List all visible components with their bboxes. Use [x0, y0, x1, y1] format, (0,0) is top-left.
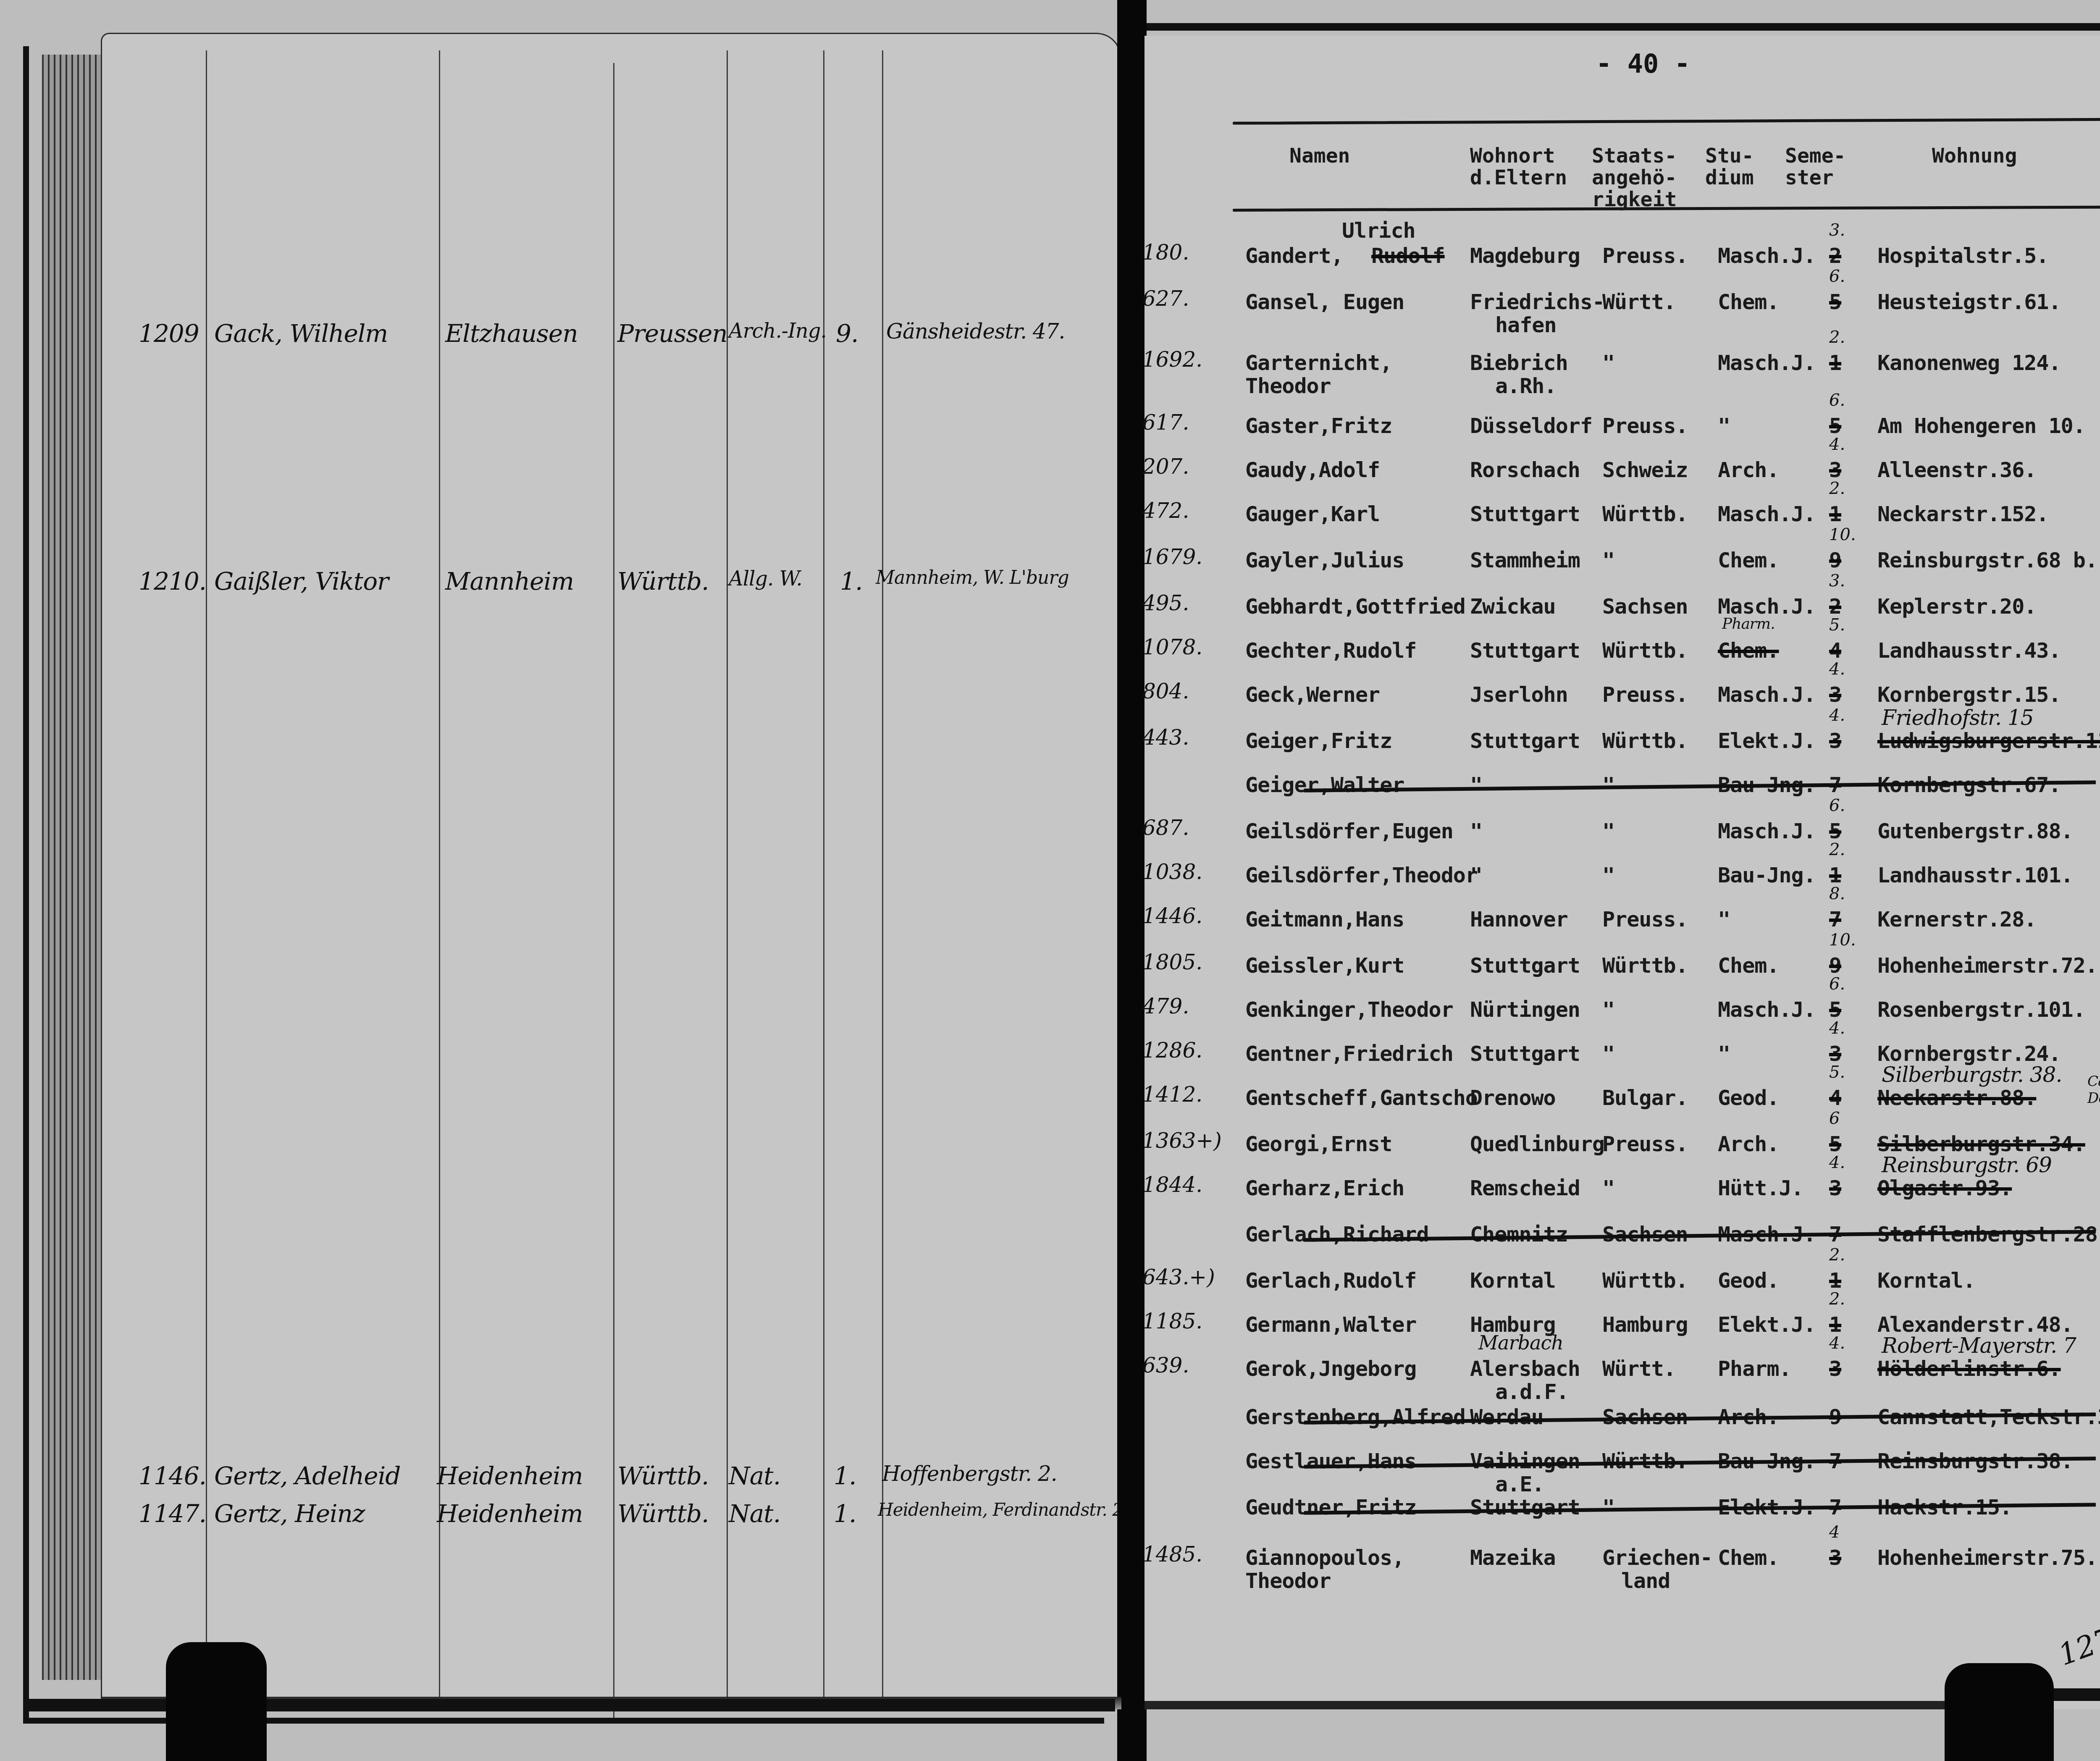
semester-new: 6 — [1829, 1109, 1840, 1128]
entry-studium: Bau-Jng. — [1718, 863, 1816, 887]
entry-wohnort: Stuttgart — [1470, 502, 1580, 526]
entry-number: 180. — [1142, 240, 1189, 265]
entry-staat-line2: land — [1621, 1569, 1670, 1593]
entry-studium: Elekt.J. — [1718, 729, 1816, 753]
entry-studium: Elekt.J. — [1718, 1312, 1816, 1337]
entry-staat: Preuss. — [1602, 907, 1688, 932]
semester-new: 4. — [1829, 706, 1845, 725]
page-stack-edge — [42, 55, 105, 1680]
entry-studium: " — [1718, 907, 1730, 932]
entry-wohnort: Nürtingen — [1470, 997, 1580, 1022]
entry-staat: Württb. — [1602, 953, 1688, 978]
entry-name: Gaudy,Adolf — [1245, 458, 1380, 482]
entry-semester: 1. — [840, 567, 862, 596]
entry-wohnort: Heidenheim — [437, 1499, 583, 1528]
entry-name: Geiger,Fritz — [1245, 729, 1392, 753]
entry-wohnung: Hölderlinstr.6. — [1877, 1357, 2061, 1381]
entry-wohnort-line2: a.E. — [1495, 1472, 1544, 1496]
entry-name: Genkinger,Theodor — [1245, 997, 1453, 1022]
header-semester-line: ster — [1785, 167, 1846, 189]
entry-wohnort: " — [1470, 863, 1482, 887]
entry-staat: Preuss. — [1602, 244, 1688, 268]
semester-old: 3 — [1829, 1357, 1841, 1381]
entry-wohnort: Zwickau — [1470, 594, 1556, 619]
entry-staat: Bulgar. — [1602, 1086, 1688, 1110]
entry-studium: Chem. — [1718, 548, 1779, 572]
semester-new: 2. — [1829, 328, 1845, 347]
entry-staat: Württb. — [617, 1499, 709, 1528]
entry-number: 643.+) — [1142, 1265, 1215, 1289]
entry-number: 1485. — [1142, 1542, 1202, 1567]
entry-staat: " — [1602, 1042, 1614, 1066]
header-semester-line: Seme- — [1785, 145, 1846, 167]
entry-staat: Preuss. — [1602, 1132, 1688, 1156]
entry-wohnort: Werdau — [1470, 1405, 1543, 1429]
entry-studium-corrected: Pharm. — [1722, 615, 1775, 632]
entry-wohnort-line2: a.Rh. — [1495, 374, 1557, 398]
entry-staat: " — [1602, 997, 1614, 1022]
entry-semester: 1. — [834, 1499, 856, 1528]
entry-wohnung: Hohenheimerstr.72. — [1877, 953, 2097, 978]
entry-name: Geilsdörfer,Eugen — [1245, 819, 1453, 843]
entry-name: Giannopoulos, — [1245, 1546, 1404, 1570]
entry-studium: " — [1718, 414, 1730, 438]
header-wohnort-line: Wohnort — [1470, 145, 1567, 167]
entry-name: Gerlach,Richard — [1245, 1222, 1429, 1247]
left-page — [101, 33, 1121, 1709]
entry-number: 207. — [1142, 454, 1189, 479]
entry-staat: Sachsen — [1602, 594, 1688, 619]
entry-studium: Masch.J. — [1718, 244, 1816, 268]
entry-staat: Württb. — [1602, 502, 1688, 526]
entry-number: 1147. — [139, 1499, 206, 1528]
entry-wohnort: Hannover — [1470, 907, 1568, 932]
entry-staat: " — [1602, 351, 1614, 375]
entry-wohnung: Alleenstr.36. — [1877, 458, 2036, 482]
entry-number: 1078. — [1142, 635, 1202, 659]
entry-studium: Arch. — [1718, 1132, 1779, 1156]
header-staat: Staats- angehö- rigkeit — [1592, 145, 1677, 210]
entry-name: Geiger,Walter — [1245, 773, 1404, 797]
entry-studium: Nat. — [729, 1499, 780, 1528]
entry-wohnort-corrected: Marbach — [1478, 1331, 1563, 1354]
entry-staat: Württb. — [617, 567, 709, 596]
entry-name: Geissler,Kurt — [1245, 953, 1404, 978]
thumb-right — [1945, 1663, 2054, 1761]
entry-wohnort: Chemnitz — [1470, 1222, 1568, 1247]
entry-wohnung: Heusteigstr.61. — [1877, 290, 2061, 314]
entry-wohnort: Vaihingen — [1470, 1449, 1580, 1473]
semester-new: 3. — [1829, 220, 1845, 240]
entry-wohnort: Quedlinburg — [1470, 1132, 1604, 1156]
struck-given-name: Rudolf — [1371, 244, 1445, 268]
entry-name: Gentscheff,Gantscho — [1245, 1086, 1478, 1110]
entry-staat: Württ. — [1602, 290, 1676, 314]
entry-staat: Griechen- — [1602, 1546, 1712, 1570]
entry-wohnung: Kornbergstr.15. — [1877, 682, 2061, 707]
entry-wohnung-corrected: Robert-Mayerstr. 7 — [1882, 1333, 2076, 1358]
entry-studium: Geod. — [1718, 1268, 1779, 1293]
semester-old: 3 — [1829, 1176, 1841, 1200]
entry-name-line2: Theodor — [1245, 1569, 1331, 1593]
entry-studium: Chem. — [1718, 638, 1779, 663]
header-staat-line: angehö- — [1592, 167, 1677, 189]
header-staat-line: Staats- — [1592, 145, 1677, 167]
entry-number: 1844. — [1142, 1173, 1202, 1197]
semester-old: 9 — [1829, 548, 1841, 572]
left-column-rule — [823, 50, 824, 1705]
entry-studium: Masch.J. — [1718, 819, 1816, 843]
entry-staat: Preussen — [617, 319, 727, 348]
entry-wohnung: Gänsheidestr. 47. — [886, 319, 1065, 344]
entry-name: Geitmann,Hans — [1245, 907, 1404, 932]
entry-staat: Württb. — [1602, 1268, 1688, 1293]
page-number: - 40 - — [1596, 48, 1690, 79]
entry-number: 1412. — [1142, 1082, 1202, 1107]
entry-wohnung: Kanonenweg 124. — [1877, 351, 2061, 375]
entry-number: 479. — [1142, 994, 1189, 1018]
entry-staat: " — [1602, 863, 1614, 887]
entry-name-line2: Theodor — [1245, 374, 1331, 398]
semester-new: 4. — [1829, 1153, 1845, 1172]
semester-old: 3 — [1829, 729, 1841, 753]
entry-wohnung: Landhausstr.101. — [1877, 863, 2073, 887]
entry-staat: " — [1602, 548, 1614, 572]
header-wohnort: Wohnort d.Eltern — [1470, 145, 1567, 189]
semester-new: 3. — [1829, 571, 1845, 590]
entry-wohnung: Neckarstr.88. — [1877, 1086, 2036, 1110]
entry-name: Gertz, Adelheid — [214, 1462, 400, 1490]
entry-studium: Masch.J. — [1718, 997, 1816, 1022]
entry-wohnort: Stuttgart — [1470, 638, 1580, 663]
entry-studium: Masch.J. — [1718, 682, 1816, 707]
semester-new: 4. — [1829, 1333, 1845, 1353]
entry-studium: Hütt.J. — [1718, 1176, 1803, 1200]
semester-old: 1 — [1829, 502, 1841, 526]
entry-wohnung-corrected: Friedhofstr. 15 — [1882, 706, 2034, 730]
entry-studium: Masch.J. — [1718, 502, 1816, 526]
entry-wohnort: Biebrich — [1470, 351, 1568, 375]
entry-wohnort: Jserlohn — [1470, 682, 1568, 707]
entry-wohnung: Am Hohengeren 10. — [1877, 414, 2085, 438]
semester-new: 5. — [1829, 615, 1845, 635]
semester-old: 5 — [1829, 290, 1841, 314]
entry-studium: Nat. — [729, 1462, 780, 1490]
entry-wohnung: Hoffenbergstr. 2. — [882, 1462, 1057, 1486]
left-column-rule — [727, 50, 728, 1705]
entry-wohnort: Mazeika — [1470, 1546, 1556, 1570]
entry-wohnort-line2: hafen — [1495, 313, 1557, 337]
semester-new: 2. — [1829, 1289, 1845, 1309]
entry-wohnort: Magdeburg — [1470, 244, 1580, 268]
semester-new: 6. — [1829, 267, 1845, 286]
entry-number: 443. — [1142, 725, 1189, 750]
entry-name: Georgi,Ernst — [1245, 1132, 1392, 1156]
entry-staat: Württb. — [1602, 638, 1688, 663]
semester-new: 2. — [1829, 840, 1845, 859]
entry-name: Garternicht, — [1245, 351, 1392, 375]
semester-old: 7 — [1829, 907, 1841, 932]
entry-number: 1286. — [1142, 1038, 1202, 1063]
entry-name: Gebhardt,Gottfried — [1245, 594, 1465, 619]
entry-wohnung: Heidenheim, Ferdinandstr. 2 — [878, 1499, 1123, 1520]
entry-staat: " — [1602, 1176, 1614, 1200]
header-studium: Stu- dium — [1705, 145, 1754, 189]
entry-wohnung: Landhausstr.43. — [1877, 638, 2061, 663]
entry-name: Gayler,Julius — [1245, 548, 1404, 572]
semester-new: 6. — [1829, 796, 1845, 815]
page-bottom-edge-right — [1144, 1701, 2050, 1709]
entry-studium: Geod. — [1718, 1086, 1779, 1110]
entry-staat: Württb. — [617, 1462, 709, 1490]
entry-name: Gentner,Friedrich — [1245, 1042, 1453, 1066]
left-column-rule — [882, 50, 883, 1705]
semester-old: 3 — [1829, 1546, 1841, 1570]
entry-wohnort: Stuttgart — [1470, 1495, 1580, 1520]
header-studium-line: dium — [1705, 167, 1754, 189]
entry-wohnort: " — [1470, 773, 1482, 797]
entry-studium: Arch. — [1718, 458, 1779, 482]
entry-wohnung: Neckarstr.152. — [1877, 502, 2048, 526]
entry-wohnort: Alersbach — [1470, 1357, 1580, 1381]
entry-wohnort: Eltzhausen — [445, 319, 578, 348]
entry-studium: Chem. — [1718, 290, 1779, 314]
entry-staat: " — [1602, 773, 1614, 797]
entry-wohnort: Rorschach — [1470, 458, 1580, 482]
entry-name: Gauger,Karl — [1245, 502, 1380, 526]
entry-staat: Hamburg — [1602, 1312, 1688, 1337]
entry-number: 1805. — [1142, 950, 1202, 974]
entry-staat: Preuss. — [1602, 682, 1688, 707]
semester-old: 2 — [1829, 244, 1841, 268]
semester-new: 4. — [1829, 659, 1845, 679]
entry-name: Geudtner,Fritz — [1245, 1495, 1416, 1520]
semester-old: 4 — [1829, 1086, 1841, 1110]
entry-number: 1446. — [1142, 904, 1202, 928]
margin-note: Cannstatt Dekerstr. — [2087, 1073, 2100, 1107]
entry-wohnung: Olgastr.93. — [1877, 1176, 2012, 1200]
entry-number: 1679. — [1142, 545, 1202, 569]
entry-name: Gandert, — [1245, 244, 1343, 268]
thumb-left — [166, 1642, 267, 1761]
inserted-given-name: Ulrich — [1342, 218, 1415, 243]
semester-new: 2. — [1829, 479, 1845, 498]
entry-studium: Pharm. — [1718, 1357, 1791, 1381]
entry-staat: Schweiz — [1602, 458, 1688, 482]
header-studium-line: Stu- — [1705, 145, 1754, 167]
entry-studium: Arch.-Ing. — [729, 319, 827, 343]
semester-new: 4. — [1829, 435, 1845, 454]
entry-name: Geck,Werner — [1245, 682, 1380, 707]
semester-new: 6. — [1829, 391, 1845, 410]
entry-wohnort: Friedrichs- — [1470, 290, 1604, 314]
entry-number: 617. — [1142, 410, 1189, 435]
entry-name: Gerok,Jngeborg — [1245, 1357, 1416, 1381]
entry-name: Gertz, Heinz — [214, 1499, 365, 1528]
entry-wohnung: Korntal. — [1877, 1268, 1975, 1293]
header-wohnung: Wohnung — [1932, 145, 2017, 167]
entry-wohnort: Stuttgart — [1470, 1042, 1580, 1066]
entry-number: 639. — [1142, 1353, 1189, 1378]
semester-old: 1 — [1829, 351, 1841, 375]
entry-wohnort: Düsseldorf — [1470, 414, 1592, 438]
left-column-rule — [613, 63, 614, 1718]
entry-number: 1692. — [1142, 347, 1202, 372]
header-staat-line: rigkeit — [1592, 189, 1677, 210]
header-namen: Namen — [1289, 145, 1350, 167]
entry-wohnung-corrected: Silberburgstr. 38. — [1882, 1063, 2062, 1087]
entry-name: Gansel, Eugen — [1245, 290, 1404, 314]
entry-name: Gestlauer,Hans — [1245, 1449, 1416, 1473]
left-column-rule — [206, 50, 207, 1705]
entry-studium: Chem. — [1718, 1546, 1779, 1570]
entry-wohnort-line2: a.d.F. — [1495, 1380, 1569, 1404]
header-semester: Seme- ster — [1785, 145, 1846, 189]
entry-wohnung: Gutenbergstr.88. — [1877, 819, 2073, 843]
entry-studium: Allg. W. — [729, 567, 802, 590]
book-cover-right-top — [1144, 23, 2100, 31]
semester-new: 4 — [1829, 1522, 1840, 1542]
semester-new: 10. — [1829, 525, 1856, 544]
entry-wohnort: Heidenheim — [437, 1462, 583, 1490]
entry-number: 687. — [1142, 816, 1189, 840]
entry-wohnung-corrected: Reinsburgstr. 69 — [1882, 1153, 2052, 1177]
entry-wohnort: Drenowo — [1470, 1086, 1556, 1110]
semester-new: 10. — [1829, 930, 1856, 950]
entry-wohnort: Mannheim — [445, 567, 574, 596]
entry-name: Gechter,Rudolf — [1245, 638, 1416, 663]
entry-number: 1363+) — [1142, 1129, 1222, 1153]
entry-name: Gack, Wilhelm — [214, 319, 388, 348]
semester-new: 2. — [1829, 1245, 1845, 1265]
entry-wohnung: Keplerstr.20. — [1877, 594, 2036, 619]
entry-name: Gaißler, Viktor — [214, 567, 388, 596]
entry-number: 1146. — [139, 1462, 206, 1490]
entry-staat: " — [1602, 819, 1614, 843]
entry-wohnung: Hospitalstr.5. — [1877, 244, 2048, 268]
entry-name: Gerharz,Erich — [1245, 1176, 1404, 1200]
entry-name: Gerlach,Rudolf — [1245, 1268, 1416, 1293]
entry-name: Geilsdörfer,Theodor — [1245, 863, 1478, 887]
entry-studium: " — [1718, 1042, 1730, 1066]
entry-staat: " — [1602, 1495, 1614, 1520]
left-column-rule — [439, 50, 440, 1705]
entry-number: 1185. — [1142, 1309, 1202, 1333]
entry-wohnort: " — [1470, 819, 1482, 843]
entry-staat: Württb. — [1602, 729, 1688, 753]
entry-wohnort: Stuttgart — [1470, 729, 1580, 753]
header-wohnort-line: d.Eltern — [1470, 167, 1567, 189]
entry-staat: Württ. — [1602, 1357, 1676, 1381]
entry-number: 1209 — [139, 319, 199, 348]
entry-wohnung: Mannheim, W. L'burg — [876, 567, 1069, 588]
entry-wohnung: Kernerstr.28. — [1877, 907, 2036, 932]
semester-old: 3 — [1829, 682, 1841, 707]
entry-number: 472. — [1142, 499, 1189, 523]
entry-wohnung: Rosenbergstr.101. — [1877, 997, 2085, 1022]
entry-staat: Preuss. — [1602, 414, 1688, 438]
entry-semester: 1. — [834, 1462, 856, 1490]
entry-wohnung: Reinsburgstr.68 b. — [1877, 548, 2097, 572]
entry-wohnort: Remscheid — [1470, 1176, 1580, 1200]
entry-name: Germann,Walter — [1245, 1312, 1416, 1337]
semester-new: 5. — [1829, 1063, 1845, 1082]
entry-number: 495. — [1142, 591, 1189, 615]
semester-new: 6. — [1829, 974, 1845, 994]
book-cover-right-bottom — [2050, 1688, 2100, 1701]
entry-semester: 9. — [836, 319, 858, 348]
entry-wohnung: Ludwigsburgerstr.11b. — [1877, 729, 2100, 753]
entry-wohnort: Stammheim — [1470, 548, 1580, 572]
entry-number: 1038. — [1142, 860, 1202, 884]
ledger-scan: 1209 Gack, Wilhelm Eltzhausen Preussen A… — [0, 0, 2100, 1761]
entry-number: 804. — [1142, 679, 1189, 703]
entry-wohnung: Hohenheimerstr.75. — [1877, 1546, 2097, 1570]
entry-name: Gaster,Fritz — [1245, 414, 1392, 438]
entry-studium: Chem. — [1718, 953, 1779, 978]
entry-wohnort: Korntal — [1470, 1268, 1556, 1293]
entry-name: Gerstenberg,Alfred — [1245, 1405, 1465, 1429]
entry-number: 1210. — [139, 567, 206, 596]
semester-new: 4. — [1829, 1018, 1845, 1038]
entry-studium: Masch.J. — [1718, 351, 1816, 375]
entry-wohnort: Stuttgart — [1470, 953, 1580, 978]
entry-number: 627. — [1142, 286, 1189, 311]
semester-new: 8. — [1829, 884, 1845, 903]
